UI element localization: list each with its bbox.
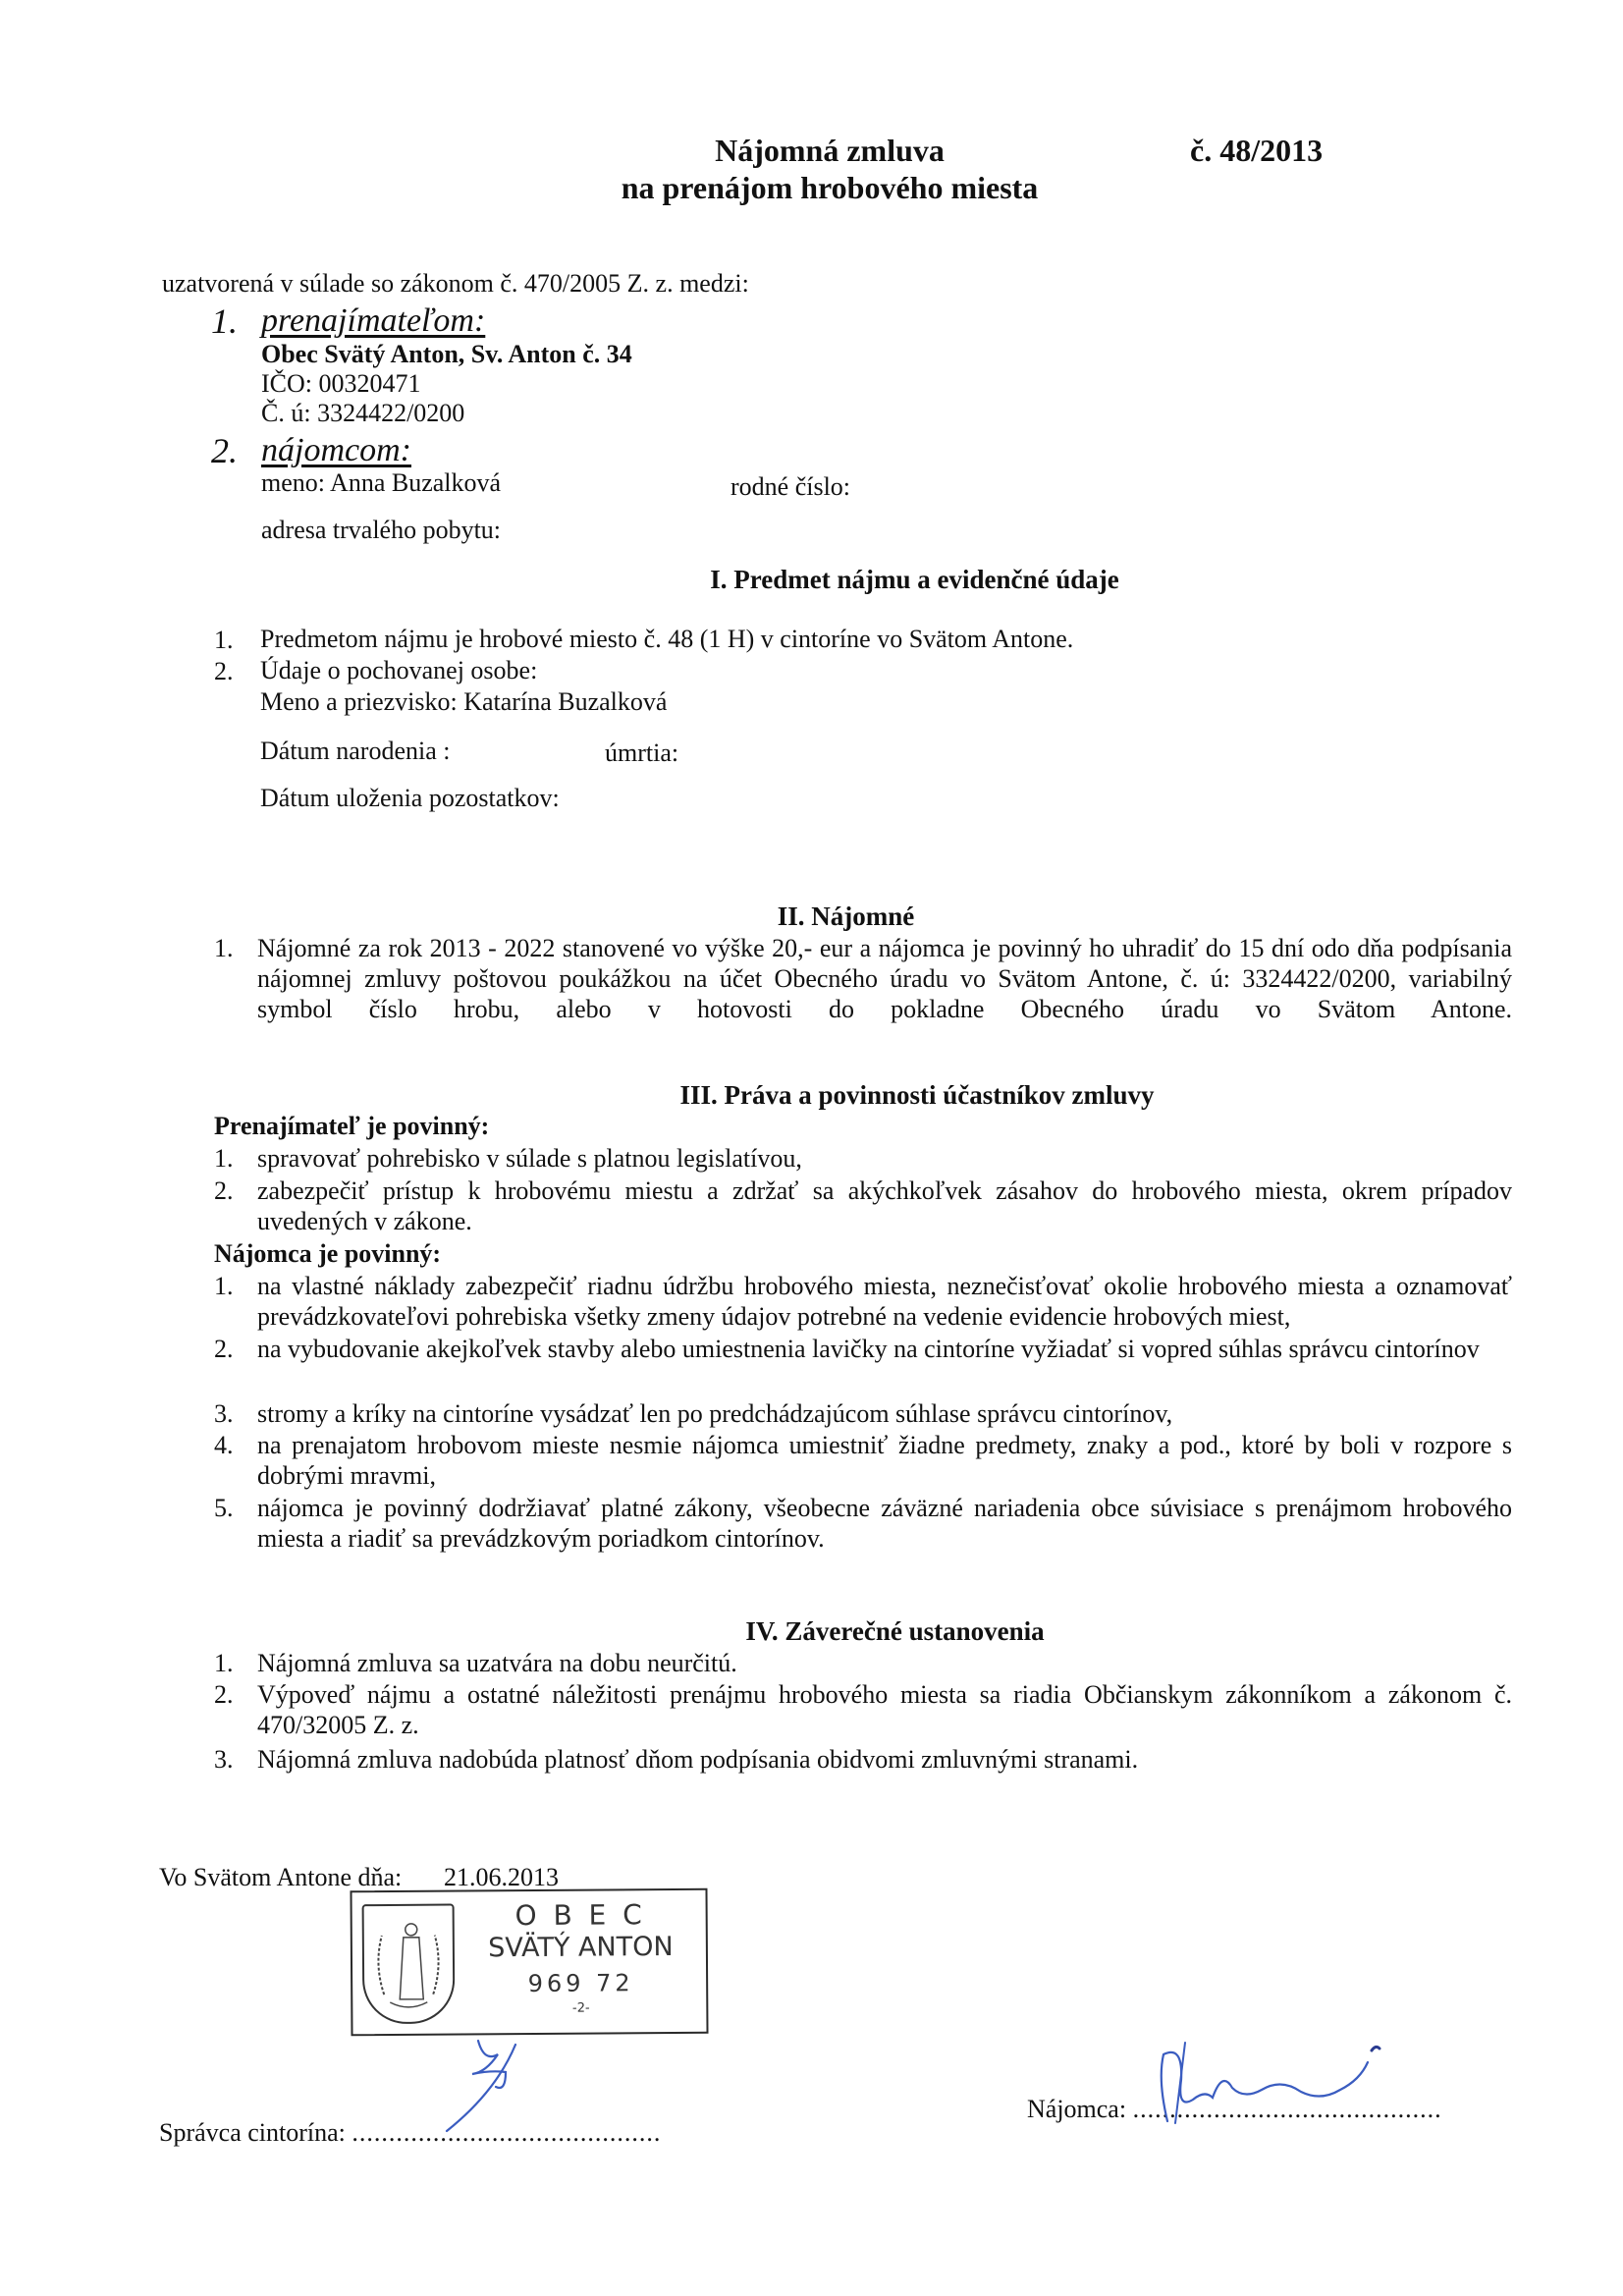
- lessee-name: meno: Anna Buzalková: [261, 468, 501, 498]
- s1-item-2-number: 2.: [214, 656, 234, 686]
- stamp-line-1: O B E C: [460, 1898, 701, 1933]
- s3-lessor-item-1-text: spravovať pohrebisko v súlade s platnou …: [257, 1143, 1512, 1174]
- s4-item-3-text: Nájomná zmluva nadobúda platnosť dňom po…: [257, 1744, 1512, 1775]
- s2-item-1-text: Nájomné za rok 2013 - 2022 stanovené vo …: [257, 933, 1512, 1024]
- party-2-label: nájomcom:: [261, 432, 411, 469]
- lessor-account: Č. ú: 3324422/0200: [261, 399, 464, 428]
- manager-signature-label: Správca cintorína: .....................…: [159, 2118, 661, 2148]
- title-line-1: Nájomná zmluva: [589, 132, 1070, 169]
- stamp-line-4: -2-: [460, 2000, 701, 2017]
- s2-item-1-number: 1.: [214, 933, 234, 963]
- section-3-title: III. Práva a povinnosti účastníkov zmluv…: [0, 1080, 1623, 1111]
- s3-lessor-item-2-text: zabezpečiť prístup k hrobovému miestu a …: [257, 1175, 1512, 1236]
- s1-item-2-text: Údaje o pochovanej osobe:: [260, 656, 537, 685]
- title-line-2: na prenájom hrobového miesta: [589, 169, 1070, 206]
- s4-item-1-number: 1.: [214, 1648, 234, 1678]
- lessor-name: Obec Svätý Anton, Sv. Anton č. 34: [261, 340, 632, 369]
- s3-lessee-item-3-number: 3.: [214, 1398, 234, 1429]
- signing-date: 21.06.2013: [444, 1863, 559, 1892]
- lessee-label: Nájomca:: [1027, 2095, 1126, 2123]
- deceased-name: Meno a priezvisko: Katarína Buzalková: [260, 687, 667, 717]
- contract-number: č. 48/2013: [1190, 132, 1323, 169]
- document-title: Nájomná zmluva na prenájom hrobového mie…: [589, 132, 1070, 206]
- section-2-title: II. Nájomné: [0, 902, 1623, 932]
- s3-lessee-item-4-number: 4.: [214, 1430, 234, 1460]
- coat-of-arms-icon: [362, 1904, 456, 2025]
- s3-lessee-item-1-number: 1.: [214, 1271, 234, 1301]
- s4-item-3-number: 3.: [214, 1744, 234, 1775]
- s3-lessee-item-2-text: na vybudovanie akejkoľvek stavby alebo u…: [257, 1334, 1512, 1364]
- s3-lessee-item-5-number: 5.: [214, 1493, 234, 1523]
- intro-text: uzatvorená v súlade so zákonom č. 470/20…: [162, 269, 749, 299]
- section-1-title: I. Predmet nájmu a evidenčné údaje: [0, 565, 1623, 595]
- official-stamp: O B E C SVÄTÝ ANTON 969 72 -2-: [350, 1888, 708, 2037]
- s3-lessee-item-3-text: stromy a kríky na cintoríne vysádzať len…: [257, 1398, 1512, 1429]
- s3-lessor-item-2-number: 2.: [214, 1175, 234, 1206]
- manager-signature: [437, 2033, 555, 2141]
- place-date-label: Vo Svätom Antone dňa:: [159, 1863, 402, 1892]
- lessee-obligations-heading: Nájomca je povinný:: [214, 1239, 441, 1269]
- s3-lessee-item-2-number: 2.: [214, 1334, 234, 1364]
- lessor-obligations-heading: Prenajímateľ je povinný:: [214, 1112, 489, 1141]
- stamp-line-2: SVÄTÝ ANTON: [460, 1932, 701, 1964]
- party-2-number: 2.: [211, 430, 238, 471]
- burial-date-label: Dátum uloženia pozostatkov:: [260, 784, 560, 813]
- s4-item-2-text: Výpoveď nájmu a ostatné náležitosti pren…: [257, 1679, 1512, 1740]
- manager-label: Správca cintorína:: [159, 2118, 346, 2147]
- lessee-signature: [1154, 2041, 1409, 2129]
- party-1-label: prenajímateľom:: [261, 302, 485, 340]
- death-date-label: úmrtia:: [605, 738, 678, 768]
- s3-lessee-item-5-text: nájomca je povinný dodržiavať platné zák…: [257, 1493, 1512, 1554]
- section-4-title: IV. Záverečné ustanovenia: [0, 1616, 1623, 1647]
- s3-lessee-item-4-text: na prenajatom hrobovom mieste nesmie náj…: [257, 1430, 1512, 1491]
- lessee-birth-number-label: rodné číslo:: [730, 472, 850, 502]
- s1-item-1-number: 1.: [214, 625, 234, 655]
- lessor-ico: IČO: 00320471: [261, 369, 421, 399]
- s1-item-1-text: Predmetom nájmu je hrobové miesto č. 48 …: [260, 625, 1073, 654]
- stamp-line-3: 969 72: [460, 1969, 701, 1998]
- s3-lessor-item-1-number: 1.: [214, 1143, 234, 1174]
- party-1-number: 1.: [211, 301, 238, 342]
- s3-lessee-item-1-text: na vlastné náklady zabezpečiť riadnu údr…: [257, 1271, 1512, 1332]
- s4-item-1-text: Nájomná zmluva sa uzatvára na dobu neurč…: [257, 1648, 1512, 1678]
- s4-item-2-number: 2.: [214, 1679, 234, 1710]
- birth-date-label: Dátum narodenia :: [260, 737, 451, 766]
- lessee-address-label: adresa trvalého pobytu:: [261, 516, 501, 545]
